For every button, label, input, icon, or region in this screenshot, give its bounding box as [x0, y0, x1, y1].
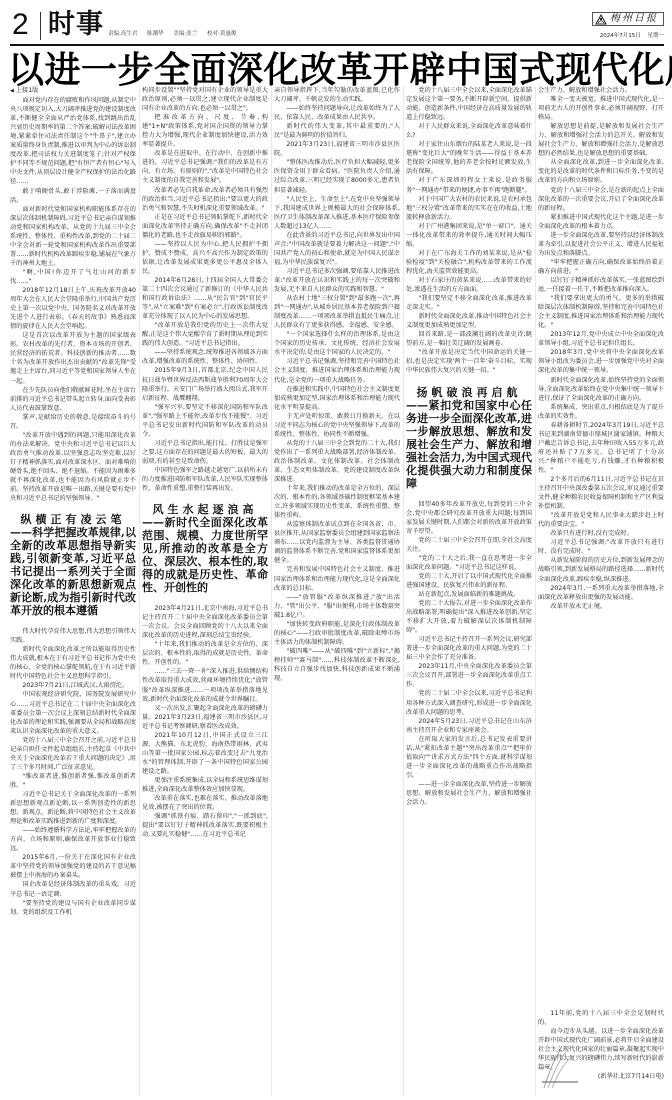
- paragraph: 敢于啃硬骨头,敢于涉险滩,一子落而满盘活。: [10, 187, 136, 205]
- paragraph: "改革开放是党和人民事业大踏步赶上时代的重要法宝。": [538, 511, 664, 529]
- paragraph: 正是在习近平总书记领航掌舵下,新时代全面深化改革坚持正确方向,确保改革"不走封闭…: [142, 213, 268, 240]
- paragraph: 新时代全面深化改革之所以能取得历史性伟大成就,根本在于有习近平总书记作为党中央的…: [10, 645, 136, 681]
- paragraph: 新时代的伟大变革,其中最重要的,"人民"是最为鲜明的价值旨归。: [274, 122, 400, 140]
- paragraph: "加快转变政府职能,是深化行政体制改革的核心"——行政审批制度改革,破除束缚市场…: [274, 620, 400, 647]
- paragraph: 新时代全面深化改革,始终坚持党的全面领导,全面深化改革始终在党中央集中统一领导下…: [538, 376, 664, 403]
- credit-editor-2: 陈潮华: [147, 31, 164, 37]
- subheading-3: 扬帆破浪再启航 ——紧扣党和国家中心任务进一步全面深化改革,进一步解放思想、解放…: [406, 386, 532, 490]
- page-number: 2: [12, 10, 29, 40]
- paragraph: 新时代全面深化改革,推动中国特色社会主义制度更加成熟更加定型。: [406, 312, 532, 330]
- paragraph: 从新发展阶段的历史方位,到新发展理念的战略引领,到新发展格局的路径选择……新时代…: [538, 556, 664, 583]
- paragraph: ……"三去一降一补"深入推进,供给侧结构性改革取得重大成效,营商环境持续优化;"…: [142, 667, 268, 703]
- paragraph: "整体医改推动后,医疗负担大幅减轻,更多医保资金用于群众看病。"医院负责人介绍,…: [274, 158, 400, 194]
- continued-from-marker: ◀上接1版: [10, 86, 136, 96]
- paragraph: 2018年12月18日上午,庆祝改革开放40周年大会在人民大会堂隆重举行,中国共…: [10, 286, 136, 331]
- paragraph: 十年来,我们推动的改革是全方位的、深层次的、根本性的,各领域基础性制度框架基本建…: [274, 484, 400, 520]
- paragraph: "破四唯"——从"破四唯"到"立新标","揭榜挂帅""赛马制"……科技体制改革不…: [274, 647, 400, 683]
- newspaper-logo: 梅州日报: [592, 12, 664, 26]
- paragraph: 对于石家庄的黄某来说……改革带来的好处,渗透在生活的方方面面。: [406, 276, 532, 294]
- column-divider: [535, 86, 536, 1096]
- paragraph: 2023年4月21日,北京中南海,习近平总书记主持召开二十届中央全面深化改革委员…: [142, 604, 268, 640]
- credit-editor: 责编:高生君: [108, 31, 137, 37]
- paragraph: 对于在广东海关工作的刘某来说,是从"检验检疫"到"关检融合",机构改革带来的工作…: [406, 249, 532, 276]
- credit-designer: 美编:张兰: [173, 31, 197, 37]
- paragraph: 中国特色强军之路越走越宽广,以前所未有的力度推进国防和军队改革,人民军队实现整体…: [142, 466, 268, 493]
- paragraph: 亲自领导指挥下,当年勾勒的改革蓝图,已化作大刀阔斧、千帆竞发的生动实践。: [274, 86, 400, 104]
- paragraph: 在推进和实践中,中国特色社会主义制度更加成熟更加定型,国家治理体系和治理能力现代…: [274, 385, 400, 412]
- masthead-divider: [40, 12, 41, 40]
- masthead: 2 时事 责编:高生君 陈潮华 美编:张兰 校对:黄惠俊 梅州日报 2024年7…: [10, 8, 664, 44]
- paragraph: 伟大时代孕育伟大思想,伟大思想引领伟大实践。: [10, 627, 136, 645]
- subheading-lead: 风生水起逐浪高: [142, 503, 268, 516]
- paragraph: "我们要坚定不移全面深化改革,推进改革走深走实。": [406, 294, 532, 312]
- paragraph: 对于中国广大农村的农民来说,是农村承包地"三权分置"改革带来的实实在在的收益,土…: [406, 195, 532, 222]
- paragraph: 紧扣推进中国式现代化这个主题,是进一步全面深化改革的根本着力点。: [538, 213, 664, 231]
- paragraph: 习近平总书记主持召开一系列会议,研究部署进一步全面深化改革的重大问题,为党的二十…: [406, 635, 532, 662]
- paragraph: 回首来路,是一部波澜壮阔的改革史诗;眺望前方,是一幅壮美辽阔的发展画卷。: [406, 330, 532, 348]
- article-column-1: ◀上接1版 面对党内存在的腐败和作风问题,从制定中央八项规定切入,大刀阔斧推进党…: [10, 86, 136, 1096]
- paragraph: "改革开放是我们党的历史上一次伟大觉醒,正是这个伟大觉醒孕育了新时期从理论到实践…: [142, 321, 268, 348]
- paragraph: ——"放管服"改革纵深推进,"放"出活力、"管"出公平、"服"出便利,市场主体数…: [274, 593, 400, 620]
- paragraph: "强军兴军,要坚定不移深化国防和军队改革","强军路上不能停,改革步伐不能慢"。…: [142, 403, 268, 439]
- paragraph: 掌声,是献给历史的敬意,是接续奋斗的号召。: [10, 413, 136, 431]
- article-column-3: 亲自领导指挥下,当年勾勒的改革蓝图,已化作大刀阔斧、千帆竞发的生动实践。 ——始…: [274, 86, 400, 1096]
- paragraph: "人民至上、生命至上",在党中央坚强领导下,我国建成世界上规模最大的社会保障体系…: [274, 195, 400, 231]
- paragraph: 2014年6月28日,十四届全国人大常委会第二十四次会议通过了新修订的《中华人民…: [142, 276, 268, 321]
- paragraph: 2023年11月,中央全面深化改革委员会第三次会议召开,部署进一步全面深化改革重…: [406, 662, 532, 689]
- paragraph: 对于家住山东烟台的陆某老人来说,是一段堪称"变化巨大"的晚年生活——得益于基本养…: [406, 140, 532, 176]
- paragraph: 面对党内存在的腐败和作风问题,从制定中央八项规定切入,大刀阔斧推进党的建设制度改…: [10, 96, 136, 186]
- paragraph: 完善和发展中国特色社会主义制度、推进国家治理体系和治理能力现代化,这是全面深化改…: [274, 565, 400, 592]
- paragraph: 强调"抓铁有痕、踏石留印","一抓到底",提出"要以钉钉子精神抓改革落实,既要积…: [142, 812, 268, 839]
- paragraph: 解放思想是前提,是解放和发展社会生产力、解放和增强社会活力的总开关。解放和发展社…: [538, 122, 664, 158]
- paragraph: 习近平总书记关于全面深化改革的一系列新思想新观点新论断,以一系列创造性的新思想、…: [10, 790, 136, 826]
- paragraph: 党的十八届三中全会召开之前,习近平总书记亲自担任文件起草组组长,主持起草《中共中…: [10, 736, 136, 772]
- paragraph: 改革是在进取中、在行动中、在创新中推进的。习近平总书记强调:"我们的改革是有方向…: [142, 149, 268, 185]
- paragraph: 习近平总书记指出,能打仗、打胜仗是强军之要,这方面存在的问题是最大的短板、最大的…: [142, 439, 268, 466]
- paragraph: 从农村土地"三权分置"到"最多跑一次",再到"一网通办",从城乡居民基本养老保险…: [274, 294, 400, 330]
- column-5-body: 会生产力、解放和增强社会活力。 唯全一变天被宽。推进中国式现代化,是一项前无古人…: [538, 86, 664, 1009]
- plum-blossom-logo-icon: [595, 14, 607, 25]
- paragraph: "要坚持党的建设与国有企业改革同步谋划、党的组织及工作机: [10, 899, 136, 917]
- paragraph: 这是首次以改革开放为主题的国家级表彰。农村改革的先行者、资本市场的开创者、民营经…: [10, 331, 136, 385]
- paragraph: "牢牢把握正确方向,确保改革始终沿着正确方向前进。": [538, 258, 664, 276]
- paragraph: 改革者必先自我革命,改革者必须具有强烈的政治担当,习近平总书记指出:"要以更大的…: [142, 186, 268, 213]
- paragraph: 党的二十届三中全会召开在即,全社会高度关注。: [406, 536, 532, 554]
- paragraph: "改革开放中遇到的问题,只能用深化改革的办法来解决。党中央和习近平总书记以巨大政…: [10, 431, 136, 503]
- paragraph: 又一次出发,汇聚起全面深化改革的磅礴力量。2021年3月23日,福建省三明市沙县…: [142, 704, 268, 731]
- closing-paragraph: 11年前,党的十八届三中全会是划时代的。: [538, 1009, 664, 1027]
- paragraph: 从党的十八届三中全会到党的二十大,我们党作出了一系列重大战略部署,经济体制改革、…: [274, 439, 400, 484]
- paragraph: 对于广东深圳的程女士来说,是政务服务"一网通办"带来的便捷,办事不再"跑断腿"。: [406, 176, 532, 194]
- subheading-lead: 纵横正有凌云笔: [10, 513, 136, 526]
- editor-credits: 责编:高生君 陈潮华 美编:张兰 校对:黄惠俊: [108, 30, 244, 38]
- subheading-text: ——科学把握改革规律,以全新的改革思想指导新实践,引领新变革,习近平总书记提出一…: [10, 526, 136, 617]
- date: 2024年7月15日: [600, 33, 641, 39]
- paragraph: 2015年9月3日,首都北京,纪念中国人民抗日战争暨世界反法西斯战争胜利70周年…: [142, 366, 268, 402]
- paragraph: 国企改革是经济体制改革的重头戏。习近平总书记一语定调:: [10, 880, 136, 898]
- paragraph: 回望40多年改革开放史,每到党的三中全会,党中央都会研究改革开放重大问题;每到国…: [406, 500, 532, 536]
- paragraph: 从监察体制改革试点到在全国各省、市、县区推开,从国家监察委员会组建到国家监察法颁…: [274, 520, 400, 565]
- weekday: 星期一: [647, 33, 664, 39]
- paragraph: 改革只有进行时,没有完成时。: [538, 529, 664, 538]
- paragraph: 改革开放永无止境。: [538, 602, 664, 611]
- paragraph: "改革开放是决定当代中国命运的关键一招,也是决定实现'两个一百年'奋斗目标、实现…: [406, 348, 532, 375]
- paragraph: 站在新起点,发展面临新的难题挑战。: [406, 590, 532, 599]
- paragraph: 在此背景的习近平总书记,向世界发出中国声音:"中国改革就是要着力解决这一问题",…: [274, 231, 400, 267]
- article-column-4: 党的十八届三中全会以来,全面深化改革锚定发展这个第一要务,不断开辟新空间、提供新…: [406, 86, 532, 1096]
- paragraph: 2个多月后的6月11日,习近平总书记在京主持召开中央深改委第五次会议,审议通过重…: [538, 475, 664, 511]
- logo-text: 梅州日报: [610, 13, 658, 25]
- paragraph: ——始终遵循科学方法论,牢牢把握改革的方向、立场和原则,确保改革开放事业行稳致远…: [10, 826, 136, 853]
- column-divider: [139, 86, 140, 1096]
- paragraph: 2018年3月,党中央将中央全面深化改革领导小组改为委员会,进一步加强党中央对全…: [538, 348, 664, 375]
- column-divider: [271, 86, 272, 1096]
- paragraph: 中国宏观经济研究院、国务院发展研究中心……习近平总书记在二十届中央全面深化改革委…: [10, 690, 136, 735]
- paragraph: 党的二十大,开启了以中国式现代化全面推进强国建设、民族复兴伟业的新征程。: [406, 572, 532, 590]
- paragraph: 习近平总书记强调:"改革开放只有进行时、没有完成时。": [538, 538, 664, 556]
- column-divider: [403, 86, 404, 1096]
- article-column-5: 会生产力、解放和增强社会活力。 唯全一变天被宽。推进中国式现代化,是一项前无古人…: [538, 86, 664, 1096]
- paragraph: "十年来,我们推动的改革是全方位的、深层次的、根本性的,取得的成就是历史性、革命…: [142, 640, 268, 667]
- paragraph: 习近平总书记强调,坚持和完善中国特色社会主义制度、推进国家治理体系和治理能力现代…: [274, 357, 400, 384]
- paragraph: 对于人民群众来说,全面深化改革意味着什么?: [406, 122, 532, 140]
- paragraph: ——坚持以人民为中心,把人民拥护不拥护、赞成不赞成、高兴不高兴作为制定政策的依据…: [142, 240, 268, 276]
- header-rule: [10, 44, 664, 46]
- paragraph: 改革重在落实,也难在落实。推动改革落地见效,被摆在了突出的位置。: [142, 794, 268, 812]
- decorative-line-art-icon: [542, 1040, 582, 1090]
- paragraph: 对于广州港集团来说,是"单一窗口"、通关一体化改革带来的效率提升,通关时间大幅压…: [406, 222, 532, 249]
- paragraph: 更加注重系统集成,以全局和系统思维谋划推进,全面深化改革整体效应加快显现。: [142, 776, 268, 794]
- paragraph: 党的二十届二中全会以来,习近平总书记利用各种方式深入调查研究,形成进一步全面深化…: [406, 689, 532, 716]
- paragraph: ——始终坚持问题导向,让改革始终为了人民、依靠人民、改革成果由人民共享。: [274, 104, 400, 122]
- subheading-text: ——紧扣党和国家中心任务进一步全面深化改革,进一步解放思想、解放和发展社会生产力…: [406, 399, 532, 490]
- paragraph: 唯全一变天被宽。推进中国式现代化,是一项前无古人的开创性事业,必须开阔视野、打开…: [538, 95, 664, 122]
- paragraph: "一个国家选择什么样的治理体系,是由这个国家的历史传承、文化传统、经济社会发展水…: [274, 330, 400, 357]
- issue-date: 2024年7月15日 星期一: [595, 32, 664, 40]
- paragraph: ——进一步全面深化改革,坚持进一步解放思想、解放和发展社会生产力、解放和增强社会…: [406, 780, 532, 807]
- paragraph: 2021年3月23日,福建省三明市沙县区医院。: [274, 140, 400, 158]
- paragraph: 以钉钉子精神抓好改革落实,一张蓝图绘到底,一任接着一任干,不断把改革推向深入。: [538, 276, 664, 294]
- main-headline: 以进一步全面深化改革开辟中国式现代化广阔前景: [8, 50, 668, 90]
- paragraph: 春耕备耕时节,2024年3月19日,习近平总书记来到湖南常德市鼎城区谢家铺镇。种…: [538, 421, 664, 475]
- paragraph: 于无声处听惊雷、敢教日月换新天。在以习近平同志为核心的党中央坚强领导下,改革的系…: [274, 412, 400, 439]
- paragraph: 系统集成、突出重点,归根结底是为了提升改革的实效性。: [538, 403, 664, 421]
- credit-proofreader: 校对:黄惠俊: [207, 31, 236, 37]
- subheading-text: ——新时代全面深化改革范围、规模、力度世所罕见,所推动的改革是全方位、深层次、根…: [142, 516, 268, 594]
- paragraph: 党的十八届三中全会以来,全面深化改革锚定发展这个第一要务,不断开辟新空间、提供新…: [406, 86, 532, 122]
- section-name: 时事: [48, 10, 104, 40]
- paragraph: 2024年3月,一系列重大改革举措落地,全面深化改革释放出更强的发展动能。: [538, 584, 664, 602]
- paragraph: 党的十八届三中全会,是在新的起点上全面深化改革的一次重要会议,开启了全面深化改革…: [538, 186, 664, 213]
- paragraph: "党的二十大之后,我一直在思考进一步全面深化改革问题。"习近平总书记这样说。: [406, 554, 532, 572]
- paragraph: "惟改革者进,惟创新者强,惟改革创新者胜。": [10, 772, 136, 790]
- paragraph: 在少先队员向他们敬献鲜花时,坐在主席台前排的习近平总书记带头起立转身,面向受表彰…: [10, 386, 136, 413]
- paragraph: 党的二十大报告,对进一步全面深化改革作出战略部署,明确提出"深入推进改革创新,坚…: [406, 599, 532, 635]
- paragraph: 2023年7月21日,江城武汉,大雨滂沱。: [10, 681, 136, 690]
- paragraph: "我们要拿出更大的勇气、更多的举措破除深层次体制机制障碍,坚持和完善中国特色社会…: [538, 294, 664, 330]
- article-column-2: 构同步设置""坚持党对国有企业的领导是重大政治原则,必须一以贯之;建立现代企业制…: [142, 86, 268, 1096]
- paragraph: 习近平总书记多次强调,要依靠人民推进改革:"改革开放在认识和实践上的每一次突破和…: [274, 267, 400, 294]
- paragraph: 在听取大家的发言后,总书记发表重要讲话,从"紧扣改革主题""突出改革重点""把牢…: [406, 735, 532, 780]
- paragraph: 2024年5月23日,习近平总书记在山东济南主持召开企业和专家座谈会。: [406, 717, 532, 735]
- paragraph: 把准改革方向、尺度、节奏,构建"1+N"政策体系,党对国企国资的领导力掌控力大为…: [142, 113, 268, 149]
- paragraph: 2015年6月,一份关于在深化国有企业改革中坚持党的领导加强党的建设的若干意见稿…: [10, 853, 136, 880]
- arrow-left-icon: ◀: [10, 88, 14, 94]
- subheading-1: 纵横正有凌云笔 ——科学把握改革规律,以全新的改革思想指导新实践,引领新变革,习…: [10, 513, 136, 617]
- paragraph: 从全面深化改革,到进一步全面深化改革,变化的是改革的时代条件和目标任务,不变的是…: [538, 158, 664, 185]
- paragraph: 构同步设置""坚持党对国有企业的领导是重大政治原则,必须一以贯之;建立现代企业制…: [142, 86, 268, 113]
- paragraph: 进一步全面深化改革,要坚持以经济体制改革为牵引,以促进社会公平正义、增进人民福祉…: [538, 231, 664, 258]
- subheading-2: 风生水起逐浪高 ——新时代全面深化改革范围、规模、力度世所罕见,所推动的改革是全…: [142, 503, 268, 594]
- paragraph: 2013年12月,党中央成立中央全面深化改革领导小组,习近平总书记担任组长。: [538, 330, 664, 348]
- paragraph: "啊,中国!你迈开了气壮山河的新步伐……": [10, 268, 136, 286]
- paragraph: 会生产力、解放和增强社会活力。: [538, 86, 664, 95]
- subheading-lead: 扬帆破浪再启航: [406, 386, 532, 399]
- paragraph: 面对新时代党和国家机构职能体系存在的深层次体制机制障碍,习近平总书记亲自谋划推动…: [10, 205, 136, 268]
- paragraph: ——坚持系统观念,统筹推进各领域各方面改革,增强改革的系统性、整体性、协同性。: [142, 348, 268, 366]
- paragraph: 2021年10月12日,中国正式设立三江源、大熊猫、东北虎豹、海南热带雨林、武夷…: [142, 731, 268, 776]
